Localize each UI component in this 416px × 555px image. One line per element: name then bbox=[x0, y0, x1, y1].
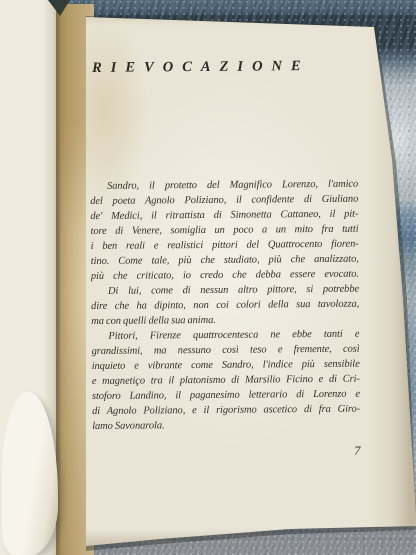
chapter-title: RIEVOCAZIONE bbox=[92, 58, 357, 77]
body-text: Sandro, il protetto del Magnifico Lorenz… bbox=[90, 179, 360, 436]
text-line: lamo Savonarola. bbox=[92, 419, 360, 436]
paragraph: Pittori, Firenze quattrocentesca ne ebbe… bbox=[91, 329, 360, 436]
paragraph: Di lui, come di nessun altro pittore, si… bbox=[91, 284, 359, 331]
book-photo: RIEVOCAZIONE Sandro, il protetto del Mag… bbox=[0, 0, 416, 555]
page-number: 7 bbox=[354, 444, 360, 459]
paragraph: Sandro, il protetto del Magnifico Lorenz… bbox=[90, 179, 359, 286]
printed-text: RIEVOCAZIONE Sandro, il protetto del Mag… bbox=[89, 58, 360, 436]
